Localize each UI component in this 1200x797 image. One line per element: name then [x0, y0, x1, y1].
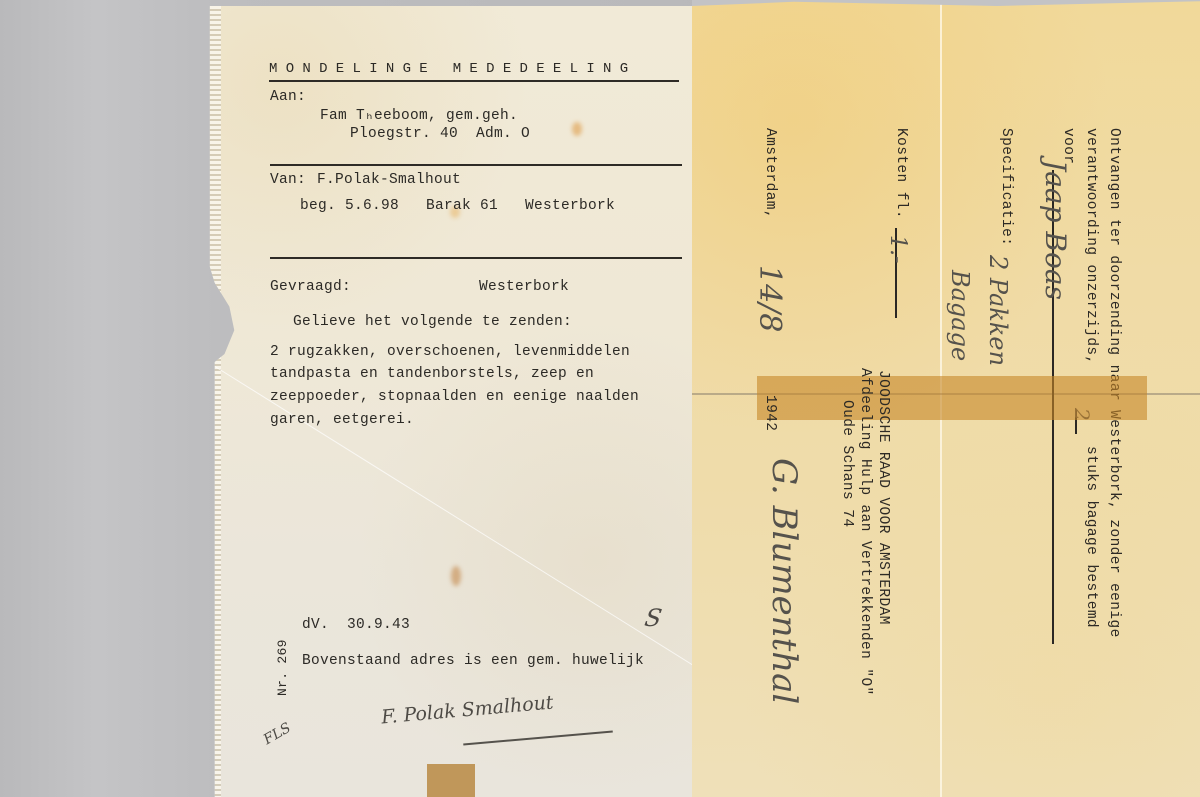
- address-note: Bovenstaand adres is een gem. huwelijk: [302, 653, 644, 669]
- requested-place: Westerbork: [479, 279, 569, 295]
- cost-label: Kosten fl.: [893, 128, 909, 219]
- title-underline: [269, 80, 679, 82]
- organization-name: JOODSCHE RAAD VOOR AMSTERDAM: [875, 370, 891, 625]
- notification-form: MONDELINGE MEDEDEELING Aan: Fam Tₕeeboom…: [205, 6, 693, 797]
- request-intro: Gelieve het volgende te zenden:: [293, 314, 572, 330]
- specification-label: Specificatie:: [998, 128, 1014, 246]
- from-details: beg. 5.6.98 Barak 61 Westerbork: [300, 198, 615, 214]
- from-name: F.Polak-Smalhout: [317, 172, 461, 188]
- year: 1942: [762, 395, 778, 431]
- items-line: zeeppoeder, stopnaalden en eenige naalde…: [270, 389, 639, 405]
- signature: F. Polak Smalhout: [380, 692, 554, 729]
- specification-handwritten-2: Bagage: [946, 270, 974, 361]
- receipt-form: Ontvangen ter doorzending naar Westerbor…: [692, 0, 1200, 797]
- to-name: Fam Tₕeeboom, gem.geh.: [320, 107, 518, 124]
- items-line: garen, eetgerei.: [270, 412, 414, 428]
- section-divider: [270, 164, 682, 166]
- torn-edge: [692, 0, 1200, 6]
- date-line: dV. 30.9.43: [302, 617, 410, 633]
- tape-fragment: [427, 764, 475, 797]
- specification-handwritten: 2 Pakken: [984, 255, 1012, 366]
- initials: FLS: [261, 720, 294, 748]
- to-label: Aan:: [270, 89, 306, 105]
- signature-underline: [463, 730, 613, 745]
- date-handwritten: 14/8: [752, 265, 787, 332]
- organization-address: Oude Schans 74: [839, 400, 855, 527]
- check-mark: S: [643, 604, 664, 632]
- items-line: 2 rugzakken, overschoenen, levenmiddelen: [270, 344, 630, 360]
- tape-strip: [757, 376, 1147, 420]
- section-divider: [270, 257, 682, 259]
- receipt-line-2: verantwoording onzerzijds,: [1083, 128, 1099, 365]
- receipt-line-2-end: stuks bagage bestemd: [1083, 446, 1099, 628]
- to-address: Ploegstr. 40 Adm. O: [350, 126, 530, 142]
- signature: G. Blumenthal: [764, 458, 804, 704]
- document-title: MONDELINGE MEDEDEELING: [269, 61, 636, 77]
- items-line: tandpasta en tandenborstels, zeep en: [270, 366, 594, 382]
- rust-stain: [572, 122, 582, 136]
- rust-stain: [451, 566, 461, 586]
- document-number: Nr. 269: [275, 639, 290, 696]
- recipient-handwritten: Jaap Boas: [1039, 160, 1072, 300]
- organization-department: Afdeeling Hulp aan Vertrekkenden "O": [857, 368, 873, 696]
- requested-label: Gevraagd:: [270, 279, 351, 295]
- city-label: Amsterdam,: [762, 128, 778, 219]
- cost-handwritten: 1.-: [885, 235, 910, 263]
- recipient-label: voor: [1060, 128, 1076, 164]
- perforated-edge: [209, 6, 221, 797]
- from-label: Van:: [270, 172, 306, 188]
